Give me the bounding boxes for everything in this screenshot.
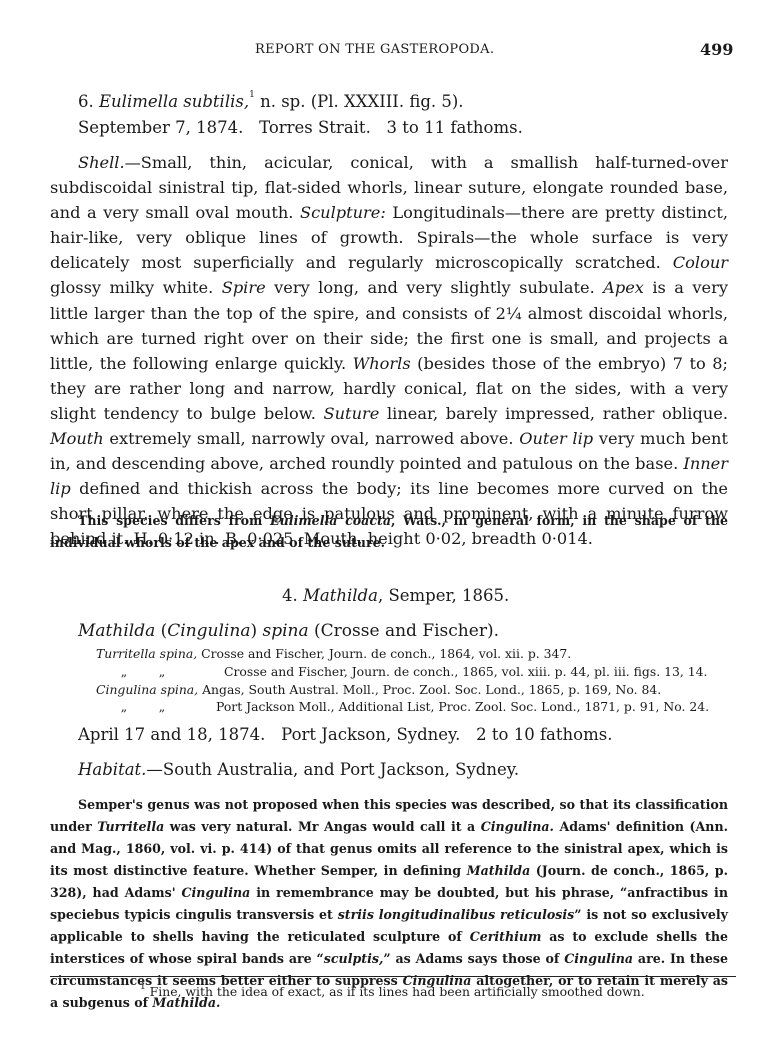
habitat-label: Habitat. — [78, 760, 146, 779]
title-punct: ) — [250, 621, 262, 641]
label-outer-lip: Outer lip — [519, 429, 593, 448]
synonymy-line: Cingulina spina, Angas, South Austral. M… — [96, 682, 661, 697]
remark-taxon: Eulimella coacta — [270, 513, 391, 528]
ditto-mark: „ — [148, 699, 176, 714]
page-number: 499 — [700, 40, 733, 59]
synonymy-line: Turritella spina, Crosse and Fischer, Jo… — [96, 646, 571, 661]
label-apex: Apex — [603, 278, 644, 297]
habitat: Habitat.—South Australia, and Port Jacks… — [78, 760, 519, 779]
text-colour: glossy milky white. — [50, 278, 222, 297]
footnote-ref: 1 — [249, 90, 255, 100]
species-number: 6. — [78, 92, 94, 111]
taxon-name: Cingulina — [182, 885, 251, 900]
label-spire: Spire — [222, 278, 266, 297]
species-name: Eulimella subtilis, — [99, 92, 249, 111]
document-page: REPORT ON THE GASTEROPODA. 499 6. Eulime… — [0, 0, 776, 1050]
synonymy-line: „„ Crosse and Fischer, Journ. de conch.,… — [110, 664, 176, 679]
ditto-mark: „ — [148, 664, 176, 679]
footnote-mark: 1 — [140, 982, 146, 992]
mathilda-station: April 17 and 18, 1874. Port Jackson, Syd… — [78, 725, 612, 744]
label-sculpture: Sculpture: — [300, 203, 386, 222]
synonym-name: Cingulina spina, — [96, 682, 198, 697]
text-mouth: extremely small, narrowly oval, narrowed… — [104, 429, 520, 448]
synonym-ref: Crosse and Fischer, Journ. de conch., 18… — [197, 646, 571, 661]
taxon-name: Cingulina — [564, 951, 633, 966]
latin-phrase: striis longitudinalibus reticulosis — [338, 907, 575, 922]
discussion-text: was very natural. Mr Angas would call it… — [164, 819, 480, 834]
genus-heading: 4. Mathilda, Semper, 1865. — [282, 586, 509, 605]
title-genus: Mathilda — [78, 621, 155, 641]
label-whorls: Whorls — [353, 354, 411, 373]
footnote: 1 Fine, with the idea of exact, as if it… — [140, 984, 645, 999]
taxon-name: Mathilda — [467, 863, 531, 878]
remark-text: This species differs from — [78, 513, 270, 528]
label-colour: Colour — [673, 253, 728, 272]
genus-author: , Semper, 1865. — [378, 586, 509, 605]
label-mouth: Mouth — [50, 429, 104, 448]
running-head: REPORT ON THE GASTEROPODA. — [255, 42, 494, 57]
taxon-name: Turritella — [97, 819, 164, 834]
latin-word: sculptis, — [324, 951, 384, 966]
footnote-rule — [50, 976, 736, 977]
taxon-name: Cerithium — [470, 929, 542, 944]
synonym-ref: Port Jackson Moll., Additional List, Pro… — [216, 699, 709, 714]
text-spire: very long, and very slightly subulate. — [266, 278, 603, 297]
mathilda-species-title: Mathilda (Cingulina) spina (Crosse and F… — [78, 621, 499, 641]
discussion-paragraph: Semper's genus was not proposed when thi… — [50, 794, 728, 1014]
discussion-text: ” as Adams says those of — [383, 951, 564, 966]
footnote-text: Fine, with the idea of exact, as if its … — [146, 984, 645, 999]
synonym-ref: Angas, South Austral. Moll., Proc. Zool.… — [198, 682, 661, 697]
label-suture: Suture — [324, 404, 380, 423]
species-plate-ref: n. sp. (Pl. XXXIII. fig. 5). — [255, 92, 464, 111]
habitat-text: —South Australia, and Port Jackson, Sydn… — [146, 760, 519, 779]
species-description: Shell.—Small, thin, acicular, conical, w… — [50, 150, 728, 552]
taxon-name: Cingulina. — [481, 819, 554, 834]
synonym-ref: Crosse and Fischer, Journ. de conch., 18… — [224, 664, 707, 679]
species-heading: 6. Eulimella subtilis,1 n. sp. (Pl. XXXI… — [78, 92, 464, 111]
synonym-name: Turritella spina, — [96, 646, 197, 661]
species-remark: This species differs from Eulimella coac… — [50, 510, 728, 554]
ditto-mark: „ — [110, 699, 138, 714]
title-species: spina — [263, 621, 309, 641]
species-station: September 7, 1874. Torres Strait. 3 to 1… — [78, 118, 523, 137]
title-authors: (Crosse and Fischer). — [309, 621, 499, 641]
label-shell: Shell. — [78, 153, 125, 172]
genus-number: 4. — [282, 586, 298, 605]
synonymy-line: „„ Port Jackson Moll., Additional List, … — [110, 699, 176, 714]
text-suture: linear, barely impressed, rather oblique… — [379, 404, 728, 423]
title-subgenus: Cingulina — [167, 621, 250, 641]
title-punct: ( — [155, 621, 167, 641]
genus-name: Mathilda — [303, 586, 378, 605]
ditto-mark: „ — [110, 664, 138, 679]
